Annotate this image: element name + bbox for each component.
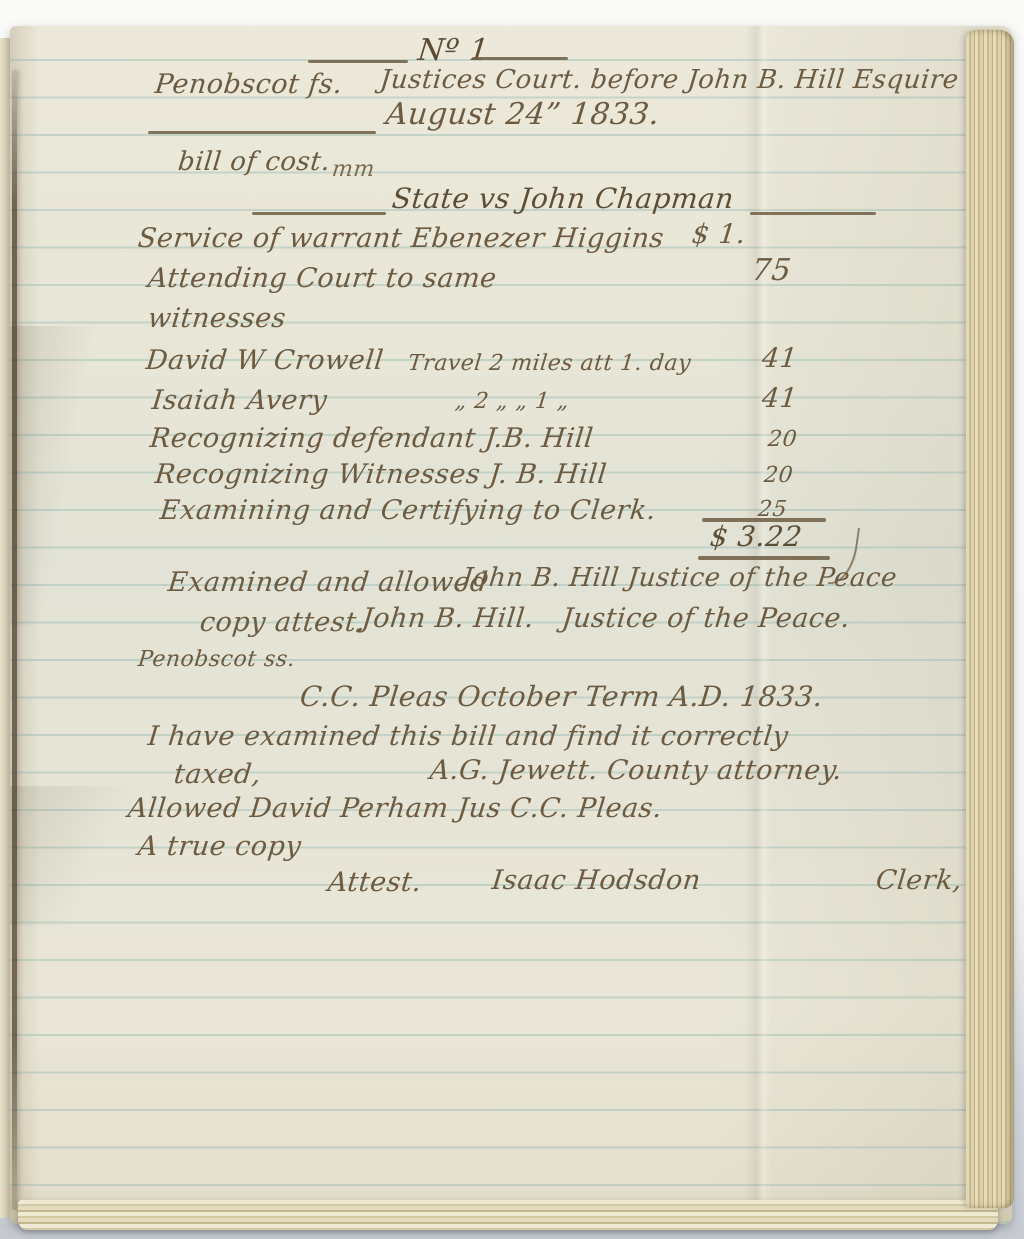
item-amount: 41: [760, 384, 798, 414]
county-heading: Penobscot fs.: [153, 70, 344, 100]
date-heading: August 24” 1833.: [384, 98, 661, 131]
item-amount: 75: [750, 254, 793, 287]
item-amount: 41: [760, 344, 798, 374]
clerk-title: Clerk,: [874, 866, 963, 896]
binding-gutter: [12, 70, 17, 1210]
case-rule-left: [252, 212, 386, 215]
item-detail: „ 2 „ „ 1 „: [454, 390, 571, 414]
entry-number: Nº 1: [416, 34, 490, 67]
item-desc: David W Crowell: [144, 346, 385, 376]
copy-attest-title: Justice of the Peace.: [560, 604, 851, 634]
item-desc: Service of warrant Ebenezer Higgins: [136, 224, 665, 254]
bill-of-cost-label: bill of cost.: [176, 148, 331, 177]
review-line-1: I have examined this bill and find it co…: [146, 722, 789, 752]
county-ss: Penobscot ss.: [137, 648, 297, 672]
item-amount: 20: [767, 428, 799, 452]
header-dash-left: [308, 60, 408, 63]
item-desc: Isaiah Avery: [150, 386, 328, 416]
item-desc: Recognizing defendant J.B. Hill: [148, 424, 594, 454]
attorney-signature: A.G. Jewett. County attorney.: [428, 756, 843, 786]
item-detail: Travel 2 miles att 1. day: [407, 352, 692, 376]
bottom-page-edges: [18, 1200, 998, 1230]
item-amount: 20: [763, 464, 795, 488]
total-amount: $ 3.22: [708, 522, 803, 553]
total-rule-bottom: [698, 556, 830, 560]
fore-edge-page-stack: [966, 30, 1014, 1208]
item-amount: $ 1.: [690, 220, 747, 250]
review-line-2: taxed,: [172, 760, 262, 790]
notebook-page: Nº 1 Penobscot fs. Justices Court. befor…: [10, 26, 1012, 1224]
court-heading: Justices Court. before John B. Hill Esqu…: [378, 66, 960, 95]
copy-attest-label: copy attest.: [198, 608, 367, 638]
flourish-mark: mm: [331, 158, 376, 182]
header-dash-right: [472, 57, 568, 60]
case-title: State vs John Chapman: [390, 184, 735, 215]
attest-label: Attest.: [326, 868, 423, 898]
examined-label: Examined and allowed: [166, 568, 489, 598]
date-rule: [148, 131, 376, 134]
clerk-signature: Isaac Hodsdon: [490, 866, 702, 896]
item-desc: Examining and Certifying to Clerk.: [158, 496, 657, 526]
case-rule-right: [750, 212, 876, 215]
allowed-line: Allowed David Perham Jus C.C. Pleas.: [126, 794, 663, 824]
item-desc: Attending Court to same: [146, 264, 498, 294]
paper-wrinkle: [10, 326, 100, 626]
item-desc: Recognizing Witnesses J. B. Hill: [153, 460, 608, 490]
item-desc: witnesses: [146, 304, 287, 334]
term-line: C.C. Pleas October Term A.D. 1833.: [298, 682, 824, 713]
true-copy-line: A true copy: [136, 832, 302, 862]
examined-signature: John B. Hill Justice of the Peace: [460, 564, 898, 593]
copy-attest-signature: John B. Hill.: [360, 604, 535, 634]
